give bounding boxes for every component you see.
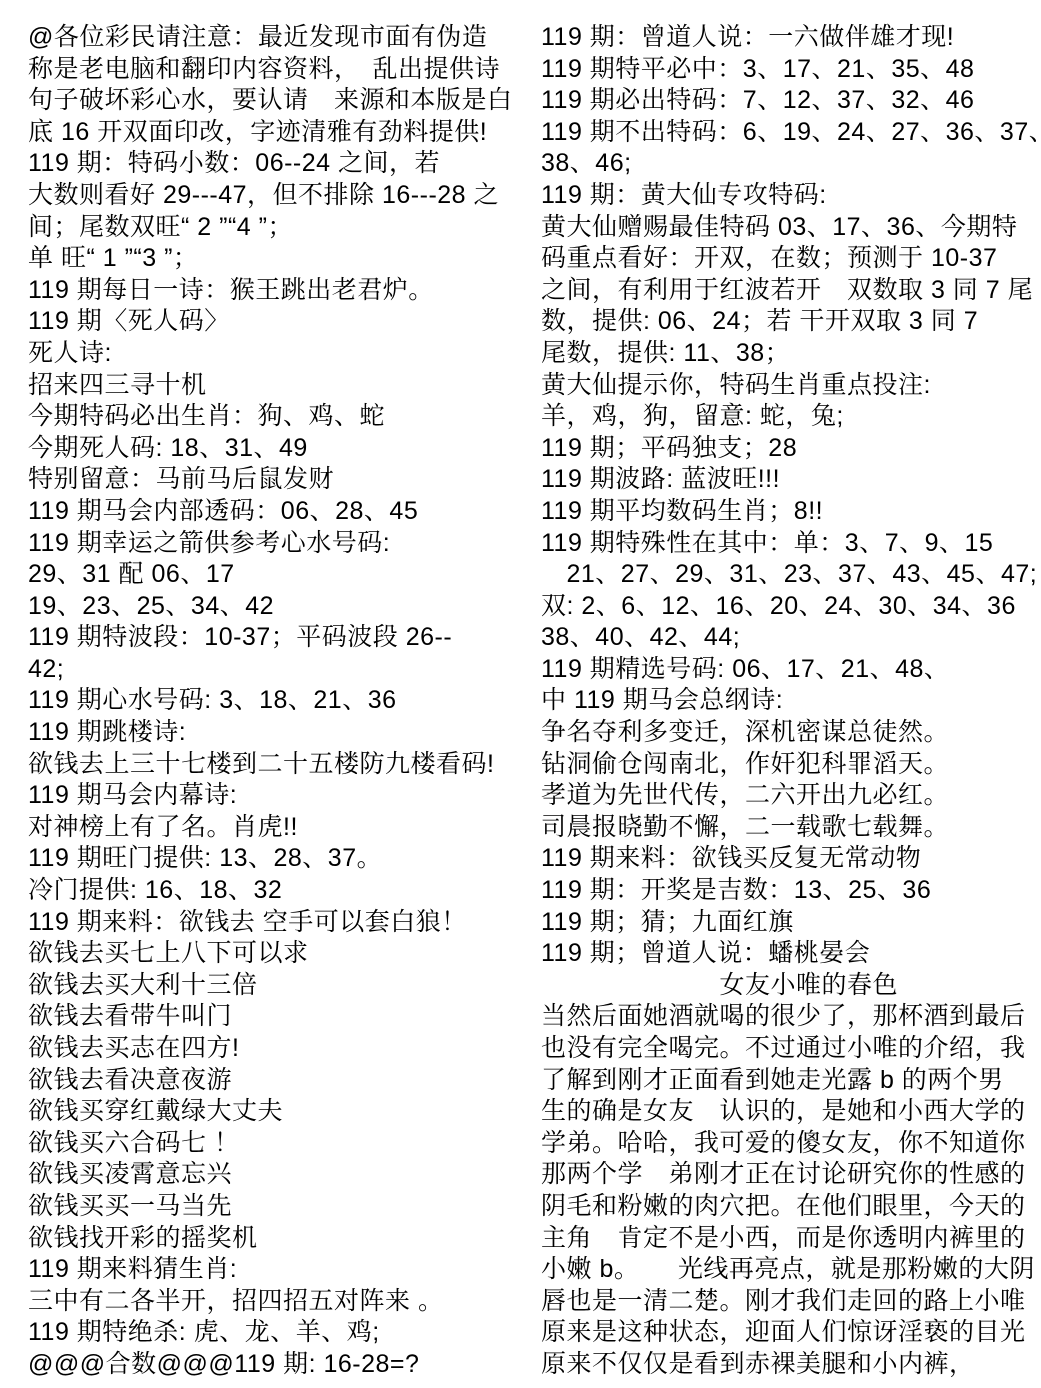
text-line: 今期特码必出生肖：狗、鸡、蛇	[28, 401, 533, 433]
text-line: 阴毛和粉嫩的肉穴把。在他们眼里，今天的	[541, 1191, 1037, 1223]
text-line: 119 期：特码小数：06--24 之间，若	[28, 148, 533, 180]
text-line: 小嫩 b。 光线再亮点，就是那粉嫩的大阴	[541, 1254, 1037, 1286]
text-line: @各位彩民请注意：最近发现市面有伪造	[28, 22, 533, 54]
text-line: 119 期平均数码生肖；8!!	[541, 496, 1037, 528]
text-line: 中 119 期马会总纲诗:	[541, 685, 1037, 717]
text-line: 119 期来料：欲钱去 空手可以套白狼！	[28, 907, 533, 939]
text-line: 原来是这种状态，迎面人们惊讶淫亵的目光	[541, 1317, 1037, 1349]
text-line: 生的确是女友 认识的，是她和小西大学的	[541, 1096, 1037, 1128]
text-line: 死人诗:	[28, 338, 533, 370]
text-line: 119 期不出特码：6、19、24、27、36、37、	[541, 117, 1037, 149]
text-line: 119 期特波段：10-37；平码波段 26--	[28, 622, 533, 654]
text-line: 欲钱买凌霄意忘兴	[28, 1159, 533, 1191]
text-line: 119 期旺门提供: 13、28、37。	[28, 843, 533, 875]
text-line: 今期死人码: 18、31、49	[28, 433, 533, 465]
text-line: 119 期来料：欲钱买反复无常动物	[541, 843, 1037, 875]
text-line: 学弟。哈哈，我可爱的傻女友，你不知道你	[541, 1128, 1037, 1160]
text-line: 特别留意：马前马后鼠发财	[28, 464, 533, 496]
text-line: 那两个学 弟刚才正在讨论研究你的性感的	[541, 1159, 1037, 1191]
text-line: 主角 肯定不是小西，而是你透明内裤里的	[541, 1223, 1037, 1255]
text-line: 119 期；猜；九面红旗	[541, 907, 1037, 939]
text-line: 句子破坏彩心水，要认请 来源和本版是白	[28, 85, 533, 117]
text-line: 欲钱去看决意夜游	[28, 1065, 533, 1097]
text-line: 119 期心水号码: 3、18、21、36	[28, 685, 533, 717]
text-line: 19、23、25、34、42	[28, 591, 533, 623]
text-line: @@@合数@@@119 期: 16-28=?	[28, 1349, 533, 1381]
text-line: 119 期：开奖是吉数：13、25、36	[541, 875, 1037, 907]
text-line: 欲钱买穿红戴绿大丈夫	[28, 1096, 533, 1128]
text-line: 数，提供: 06、24；若 干开双取 3 同 7	[541, 306, 1037, 338]
text-line: 119 期；曾道人说：蟠桃晏会	[541, 938, 1037, 970]
text-line: 大数则看好 29---47，但不排除 16---28 之	[28, 180, 533, 212]
text-line: 招来四三寻十机	[28, 370, 533, 402]
text-line: 119 期跳楼诗:	[28, 717, 533, 749]
text-line: 当然后面她酒就喝的很少了，那杯酒到最后	[541, 1001, 1037, 1033]
text-line: 码重点看好：开双，在数；预测于 10-37	[541, 243, 1037, 275]
text-line: 21、27、29、31、23、37、43、45、47;	[541, 559, 1037, 591]
text-line: 争名夺利多变迁，深机密谋总徒然。	[541, 717, 1037, 749]
text-line: 间；尾数双旺“ 2 ”“4 ”；	[28, 212, 533, 244]
text-line: 119 期：黄大仙专攻特码:	[541, 180, 1037, 212]
text-line: 119 期特平必中：3、17、21、35、48	[541, 54, 1037, 86]
text-line: 钻洞偷仓闯南北，作奸犯科罪滔天。	[541, 749, 1037, 781]
text-line: 42;	[28, 654, 533, 686]
text-line: 尾数，提供: 11、38；	[541, 338, 1037, 370]
text-line: 119 期波路: 蓝波旺!!!	[541, 464, 1037, 496]
text-line: 欲钱买六合码七 ！	[28, 1128, 533, 1160]
right-text-column: 119 期：曾道人说：一六做伴雄才现!119 期特平必中：3、17、21、35、…	[541, 22, 1037, 1381]
text-line: 欲钱去上三十七楼到二十五楼防九楼看码!	[28, 749, 533, 781]
text-line: 三中有二各半开，招四招五对阵来 。	[28, 1286, 533, 1318]
text-line: 119 期特绝杀: 虎、龙、羊、鸡;	[28, 1317, 533, 1349]
text-line: 原来不仅仅是看到赤裸美腿和小内裤，	[541, 1349, 1037, 1381]
text-line: 黄大仙提示你，特码生肖重点投注:	[541, 370, 1037, 402]
text-line: 双: 2、6、12、16、20、24、30、34、36	[541, 591, 1037, 623]
text-line: 单 旺“ 1 ”“3 ”；	[28, 243, 533, 275]
text-line: 女友小唯的春色	[541, 970, 1037, 1002]
text-line: 羊，鸡，狗，留意: 蛇，兔;	[541, 401, 1037, 433]
text-line: 119 期来料猜生肖:	[28, 1254, 533, 1286]
text-line: 119 期马会内部透码：06、28、45	[28, 496, 533, 528]
text-line: 底 16 开双面印改，字迹清雅有劲料提供!	[28, 117, 533, 149]
text-line: 119 期必出特码：7、12、37、32、46	[541, 85, 1037, 117]
text-line: 孝道为先世代传，二六开出九必红。	[541, 780, 1037, 812]
text-line: 欲钱去买七上八下可以求	[28, 938, 533, 970]
text-line: 对神榜上有了名。肖虎!!	[28, 812, 533, 844]
text-line: 119 期每日一诗：猴王跳出老君炉。	[28, 275, 533, 307]
text-line: 称是老电脑和翻印内容资料， 乱出提供诗	[28, 54, 533, 86]
text-line: 司晨报晓勤不懈，二一载歌七载舞。	[541, 812, 1037, 844]
text-line: 欲钱找开彩的摇奖机	[28, 1223, 533, 1255]
text-line: 29、31 配 06、17	[28, 559, 533, 591]
text-line: 119 期马会内幕诗:	[28, 780, 533, 812]
text-line: 欲钱买买一马当先	[28, 1191, 533, 1223]
text-line: 冷门提供: 16、18、32	[28, 875, 533, 907]
left-text-column: @各位彩民请注意：最近发现市面有伪造称是老电脑和翻印内容资料， 乱出提供诗句子破…	[28, 22, 533, 1381]
text-line: 欲钱去买大利十三倍	[28, 970, 533, 1002]
text-line: 唇也是一清二楚。刚才我们走回的路上小唯	[541, 1286, 1037, 1318]
text-line: 38、46;	[541, 148, 1037, 180]
text-line: 119 期精选号码: 06、17、21、48、	[541, 654, 1037, 686]
text-line: 119 期特殊性在其中：单：3、7、9、15	[541, 528, 1037, 560]
text-line: 欲钱去看带牛叫门	[28, 1001, 533, 1033]
document-page: @各位彩民请注意：最近发现市面有伪造称是老电脑和翻印内容资料， 乱出提供诗句子破…	[0, 0, 1041, 1388]
text-line: 了解到刚才正面看到她走光露 b 的两个男	[541, 1065, 1037, 1097]
text-line: 119 期幸运之箭供参考心水号码:	[28, 528, 533, 560]
text-line: 38、40、42、44;	[541, 622, 1037, 654]
text-line: 欲钱去买志在四方!	[28, 1033, 533, 1065]
text-line: 119 期：曾道人说：一六做伴雄才现!	[541, 22, 1037, 54]
text-line: 119 期〈死人码〉	[28, 306, 533, 338]
text-line: 黄大仙赠赐最佳特码 03、17、36、今期特	[541, 212, 1037, 244]
text-line: 之间，有利用于红波若开 双数取 3 同 7 尾	[541, 275, 1037, 307]
text-line: 也没有完全喝完。不过通过小唯的介绍，我	[541, 1033, 1037, 1065]
text-line: 119 期；平码独支；28	[541, 433, 1037, 465]
